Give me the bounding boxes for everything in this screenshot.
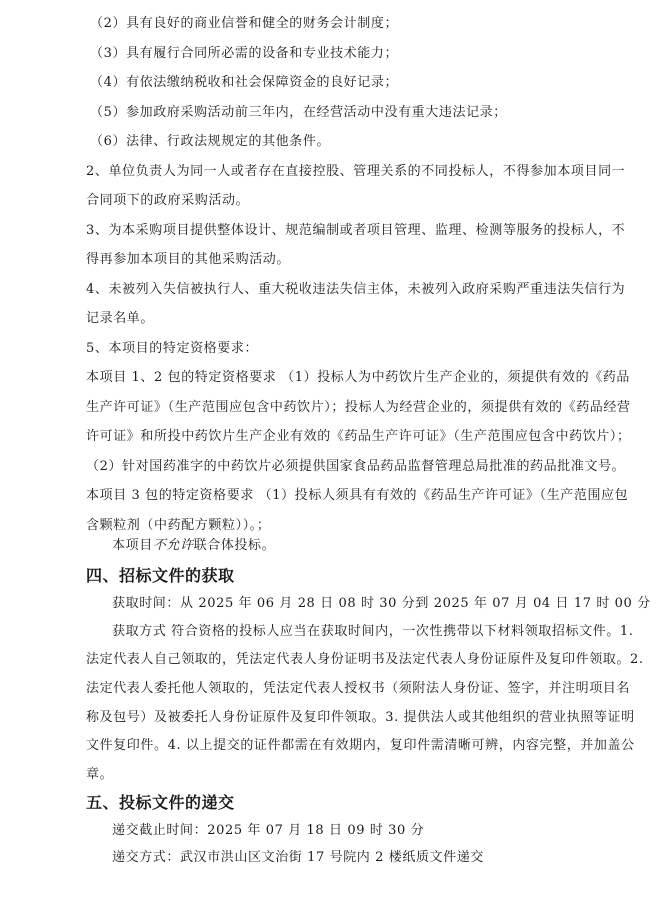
submission-method: 递交方式：武汉市洪山区文治街 17 号院内 2 楼纸质文件递交 xyxy=(112,850,484,866)
clause-2-line-1: 2、单位负责人为同一人或者存在直接控股、管理关系的不同投标人，不得参加本项目同一 xyxy=(86,164,625,180)
acquire-method-line-4: 称及包号）及被委托人身份证原件及复印件领取。3. 提供法人或其他组织的营业执照等… xyxy=(86,710,635,726)
acquire-method-line-5: 文件复印件。4. 以上提交的证件都需在有效期内，复印件需清晰可辨，内容完整，并加… xyxy=(86,738,635,754)
acquire-method-line-3: 法定代表人委托他人领取的，凭法定代表人授权书（须附法人身份证、签字，并注明项目名 xyxy=(86,681,630,697)
qualification-item-5: （5）参加政府采购活动前三年内，在经营活动中没有重大违法记录； xyxy=(90,105,507,121)
acquire-time: 获取时间：从 2025 年 06 月 28 日 08 时 30 分到 2025 … xyxy=(112,596,651,612)
consortium-emphasis: 不允许 xyxy=(153,538,194,553)
clause-5-line-2: 生产许可证》（生产范围应包含中药饮片）；投标人为经营企业的，须提供有效的《药品经… xyxy=(86,400,631,416)
acquire-method-line-2: 法定代表人自己领取的，凭法定代表人身份证明书及法定代表人身份证原件及复印件领取。… xyxy=(86,652,644,668)
qualification-item-6: （6）法律、行政法规规定的其他条件。 xyxy=(90,134,330,150)
clause-5-line-1: 本项目 1、2 包的特定资格要求 （1）投标人为中药饮片生产企业的，须提供有效的… xyxy=(86,370,630,386)
clause-5-line-6: 含颗粒剂（中药配方颗粒））。； xyxy=(86,518,271,534)
consortium-note: 本项目不允许联合体投标。 xyxy=(112,538,275,554)
clause-3-line-2: 得再参加本项目的其他采购活动。 xyxy=(86,252,290,268)
clause-2-line-2: 合同项下的政府采购活动。 xyxy=(86,193,249,209)
qualification-item-3: （3）具有履行合同所必需的设备和专业技术能力； xyxy=(90,46,398,62)
clause-3-line-1: 3、为本采购项目提供整体设计、规范编制或者项目管理、监理、检测等服务的投标人，不 xyxy=(86,223,625,239)
clause-4-line-1: 4、未被列入失信被执行人、重大税收违法失信主体，未被列入政府采购严重违法失信行为 xyxy=(86,282,625,298)
submission-deadline: 递交截止时间：2025 年 07 月 18 日 09 时 30 分 xyxy=(112,823,424,839)
clause-5-line-3: 许可证》和所投中药饮片生产企业有效的《药品生产许可证》（生产范围应包含中药饮片）… xyxy=(86,429,631,445)
qualification-item-4: （4）有依法缴纳税收和社会保障资金的良好记录； xyxy=(90,75,398,91)
clause-5-title: 5、本项目的特定资格要求： xyxy=(86,341,258,357)
clause-4-line-2: 记录名单。 xyxy=(86,311,154,327)
acquire-method-line-6: 章。 xyxy=(86,767,113,783)
qualification-item-2: （2）具有良好的商业信誉和健全的财务会计制度； xyxy=(90,16,398,32)
section-5-heading: 五、投标文件的递交 xyxy=(86,793,235,813)
clause-5-line-5: 本项目 3 包的特定资格要求 （1）投标人须具有有效的《药品生产许可证》（生产范… xyxy=(86,488,628,504)
section-4-heading: 四、招标文件的获取 xyxy=(86,566,235,586)
clause-5-line-4: （2）针对国药准字的中药饮片必须提供国家食品药品监督管理总局批准的药品批准文号。 xyxy=(86,459,625,475)
acquire-method-line-1: 获取方式 符合资格的投标人应当在获取时间内，一次性携带以下材料领取招标文件。1. xyxy=(112,624,634,640)
